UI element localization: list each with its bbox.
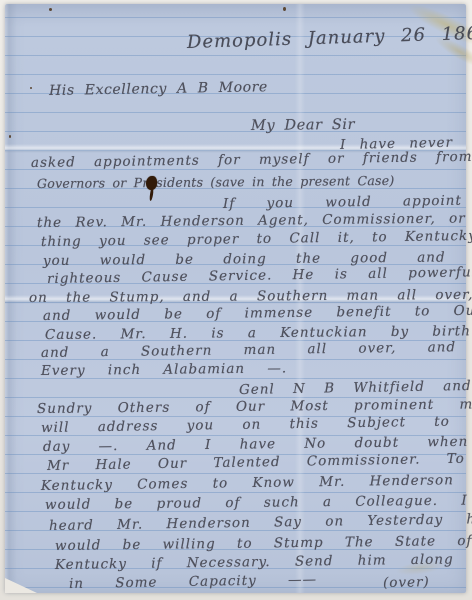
body-line: Mr Hale Our Talented Commissioner. To — [47, 451, 465, 474]
ink-speck — [30, 87, 32, 89]
body-line: Kentucky if Necessary. Send him along — [55, 551, 454, 573]
letter-dateline: Demopolis January 26 1861 — [187, 22, 472, 53]
body-line: Kentucky Comes to Know Mr. Henderson he — [41, 472, 472, 494]
body-line: thing you see proper to Call it, to Kent… — [41, 228, 472, 250]
body-line: and would be of immense benefit to Our — [43, 303, 472, 324]
body-line: Every inch Alabamian —. — [41, 360, 287, 379]
body-line: will address you on this Subject to — [41, 414, 450, 436]
body-line: heard Mr. Henderson Say on Yesterday he — [49, 511, 472, 534]
scanned-letter: Demopolis January 26 1861 His Excellency… — [0, 0, 472, 600]
page-turn-note: (over) — [383, 574, 430, 591]
body-line: in Some Capacity —— — [69, 572, 317, 592]
ink-speck — [283, 7, 286, 11]
body-line: Genl N B Whitfield and — [239, 378, 472, 398]
body-line: If you would appoint — [223, 193, 462, 212]
ink-speck — [9, 135, 11, 138]
letter-paper: Demopolis January 26 1861 His Excellency… — [5, 4, 466, 593]
body-line: would be willing to Stump The State of — [55, 533, 472, 554]
addressee-line: His Excellency A B Moore — [49, 79, 268, 99]
ink-speck — [49, 8, 52, 11]
body-line: the Rev. Mr. Henderson Agent, Commission… — [37, 210, 472, 231]
body-line: would be proud of such a Colleague. I — [45, 493, 468, 513]
corner-tear — [5, 578, 37, 593]
body-line: asked appointments for myself or friends… — [31, 148, 472, 171]
ink-blot — [146, 176, 157, 190]
body-line: Governors or Presidents (save in the pre… — [37, 173, 395, 191]
salutation-line: My Dear Sir — [251, 117, 355, 134]
